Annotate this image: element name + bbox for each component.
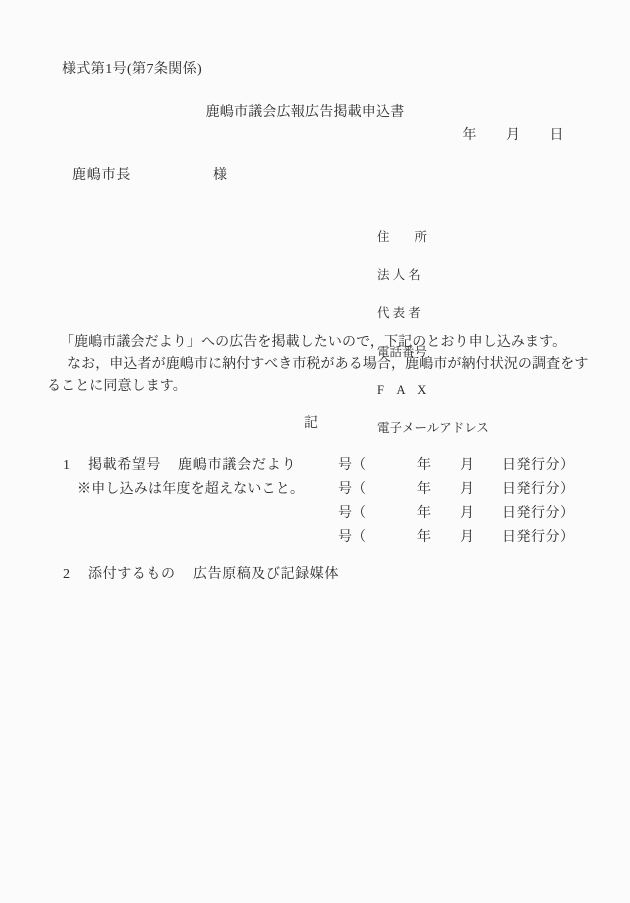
issue-row-suffix: 日発行分） [502,507,575,521]
issue-row-year: 年 [417,531,431,545]
issue-row-month: 月 [460,531,474,545]
issue-row-year: 年 [417,459,431,473]
issue-row-prefix: 号（ [338,483,366,497]
field-company-name: 法 人 名 [377,269,489,282]
issue-row-year: 年 [417,483,431,497]
application-form-page: 様式第1号(第7条関係) 鹿嶋市議会広報広告掲載申込書 年 月 日 鹿嶋市長 様… [0,0,630,903]
record-marker: 記 [0,417,622,431]
date-field: 年 月 日 [463,129,565,143]
issue-row-suffix: 日発行分） [502,531,575,545]
item2-value: 広告原稿及び記録媒体 [193,568,339,582]
field-fax: F A X [377,384,489,397]
item2-label: 添付するもの [88,568,176,582]
issue-row-month: 月 [460,459,474,473]
issue-row-month: 月 [460,483,474,497]
item1-number: 1 [63,459,70,473]
field-representative: 代 表 者 [377,307,489,320]
item1-label: 掲載希望号 [88,459,161,473]
body-paragraph-line-2: なお，申込者が鹿嶋市に納付すべき市税がある場合，鹿嶋市が納付状況の調査をす [67,358,588,372]
issue-row-prefix: 号（ [338,459,366,473]
recipient-name: 鹿嶋市長 [72,169,131,183]
item1-note: ※申し込みは年度を超えないこと。 [77,483,304,497]
body-paragraph-line-3: ることに同意します。 [47,380,187,394]
issue-row-month: 月 [460,507,474,521]
issue-row-suffix: 日発行分） [502,483,575,497]
issue-row-year: 年 [417,507,431,521]
form-number: 様式第1号(第7条関係) [62,63,202,77]
item2-number: 2 [63,568,70,582]
issue-row-suffix: 日発行分） [502,459,575,473]
body-paragraph-line-1: 「鹿嶋市議会だより」への広告を掲載したいので，下記のとおり申し込みます。 [60,336,566,350]
recipient-honorific: 様 [213,169,227,183]
item1-publication: 鹿嶋市議会だより [178,459,296,473]
issue-row-prefix: 号（ [338,531,366,545]
document-title: 鹿嶋市議会広報広告掲載申込書 [0,106,610,120]
field-address: 住 所 [377,231,489,244]
issue-row-prefix: 号（ [338,507,366,521]
